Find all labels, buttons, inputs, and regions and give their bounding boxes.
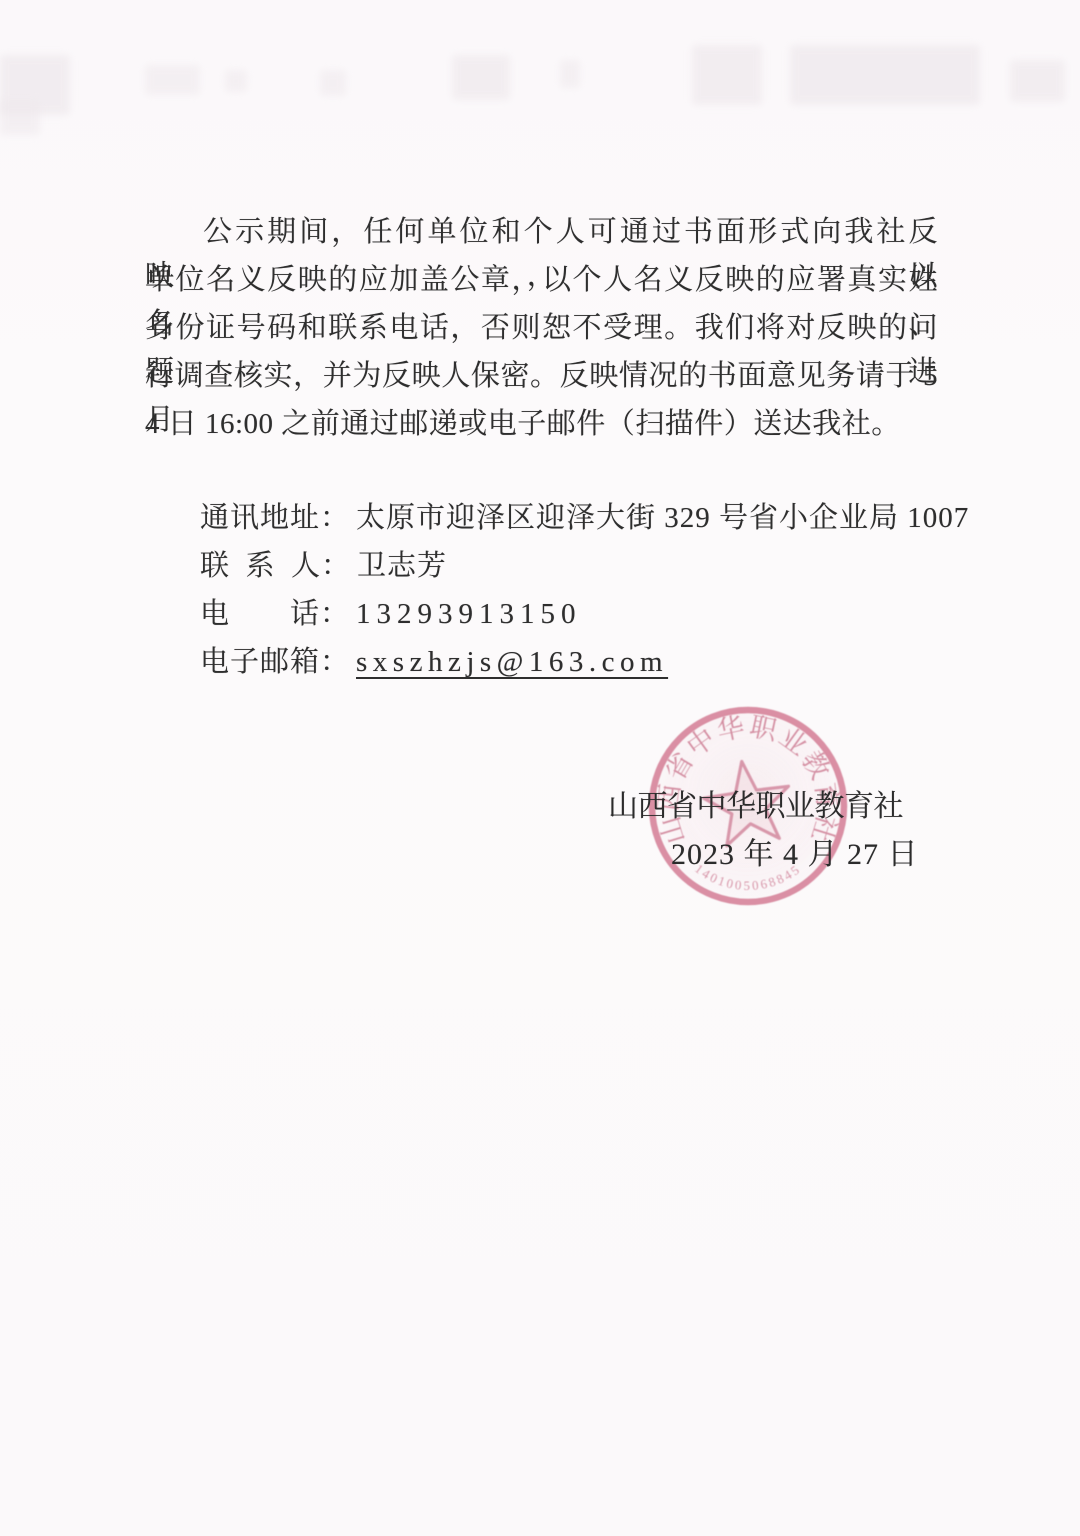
paragraph-line: 单位名义反映的应加盖公章，以个人名义反映的应署真实姓名、: [145, 258, 938, 306]
contact-person-label: 联 系 人：: [200, 550, 351, 582]
contact-block: 通讯地址：太原市迎泽区迎泽大街 329 号省小企业局 1007 联 系 人：卫志…: [200, 496, 960, 688]
contact-row-email: 电子邮箱：sxszhzjs@163.com: [200, 640, 960, 688]
bleed-smudge: [225, 70, 247, 92]
bleed-smudge: [0, 100, 40, 135]
bleed-smudge: [1010, 60, 1065, 102]
document-page: 公示期间，任何单位和个人可通过书面形式向我社反映，以 单位名义反映的应加盖公章，…: [0, 0, 1080, 1536]
phone-value: 13293913150: [356, 598, 582, 630]
email-label: 电子邮箱：: [200, 646, 350, 678]
paragraph-line: 行调查核实，并为反映人保密。反映情况的书面意见务请于 5 月: [145, 354, 938, 402]
paragraph-line: 公示期间，任何单位和个人可通过书面形式向我社反映，以: [145, 210, 938, 258]
signature-date: 2023 年 4 月 27 日: [671, 829, 919, 873]
address-value: 太原市迎泽区迎泽大街 329 号省小企业局 1007: [356, 502, 969, 534]
bleed-smudge: [560, 60, 580, 88]
bleed-smudge: [692, 45, 762, 105]
notice-paragraph: 公示期间，任何单位和个人可通过书面形式向我社反映，以 单位名义反映的应加盖公章，…: [145, 210, 938, 450]
phone-label: 电 话：: [200, 598, 350, 630]
contact-row-person: 联 系 人：卫志芳: [200, 544, 960, 592]
bleed-smudge: [320, 70, 346, 96]
bleed-smudge: [145, 65, 200, 95]
paragraph-line: 身份证号码和联系电话，否则恕不受理。我们将对反映的问题进: [145, 306, 938, 354]
contact-row-address: 通讯地址：太原市迎泽区迎泽大街 329 号省小企业局 1007: [200, 496, 960, 544]
contact-row-phone: 电 话：13293913150: [200, 592, 960, 640]
address-label: 通讯地址：: [200, 502, 350, 534]
bleed-smudge: [452, 55, 510, 100]
email-value: sxszhzjs@163.com: [356, 646, 668, 678]
paragraph-line: 4 日 16:00 之前通过邮递或电子邮件（扫描件）送达我社。: [145, 402, 938, 450]
bleed-smudge: [790, 45, 980, 105]
contact-person-value: 卫志芳: [357, 550, 447, 582]
signature-organization: 山西省中华职业教育社: [608, 781, 903, 825]
